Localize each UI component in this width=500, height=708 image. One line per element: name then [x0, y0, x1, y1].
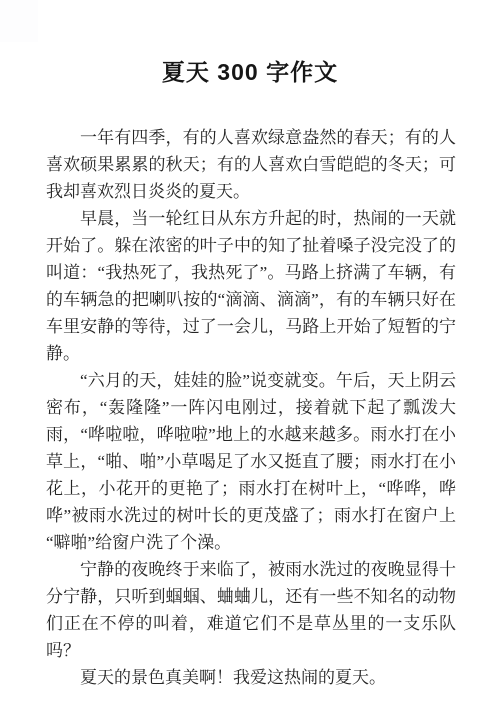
essay-paragraph-morning: 早晨，当一轮红日从东方升起的时，热闹的一天就开始了。躲在浓密的叶子中的知了扯着嗓…	[46, 205, 456, 367]
essay-page: 夏天 300 字作文 一年有四季，有的人喜欢绿意盎然的春天；有的人喜欢硕果累累的…	[0, 0, 500, 708]
essay-paragraph-rain: “六月的天，娃娃的脸”说变就变。午后，天上阴云密布，“轰隆隆”一阵闪电刚过，接着…	[46, 367, 456, 556]
essay-paragraph-intro: 一年有四季，有的人喜欢绿意盎然的春天；有的人喜欢硕果累累的秋天；有的人喜欢白雪皑…	[46, 124, 456, 205]
essay-paragraph-night: 宁静的夜晚终于来临了，被雨水洗过的夜晚显得十分宁静，只听到蝈蝈、蛐蛐儿，还有一些…	[46, 556, 456, 664]
essay-title: 夏天 300 字作文	[0, 54, 500, 87]
essay-body: 一年有四季，有的人喜欢绿意盎然的春天；有的人喜欢硕果累累的秋天；有的人喜欢白雪皑…	[46, 124, 456, 691]
scan-corner-artifact	[0, 0, 38, 42]
essay-paragraph-closing: 夏天的景色真美啊！我爱这热闹的夏天。	[46, 664, 456, 691]
